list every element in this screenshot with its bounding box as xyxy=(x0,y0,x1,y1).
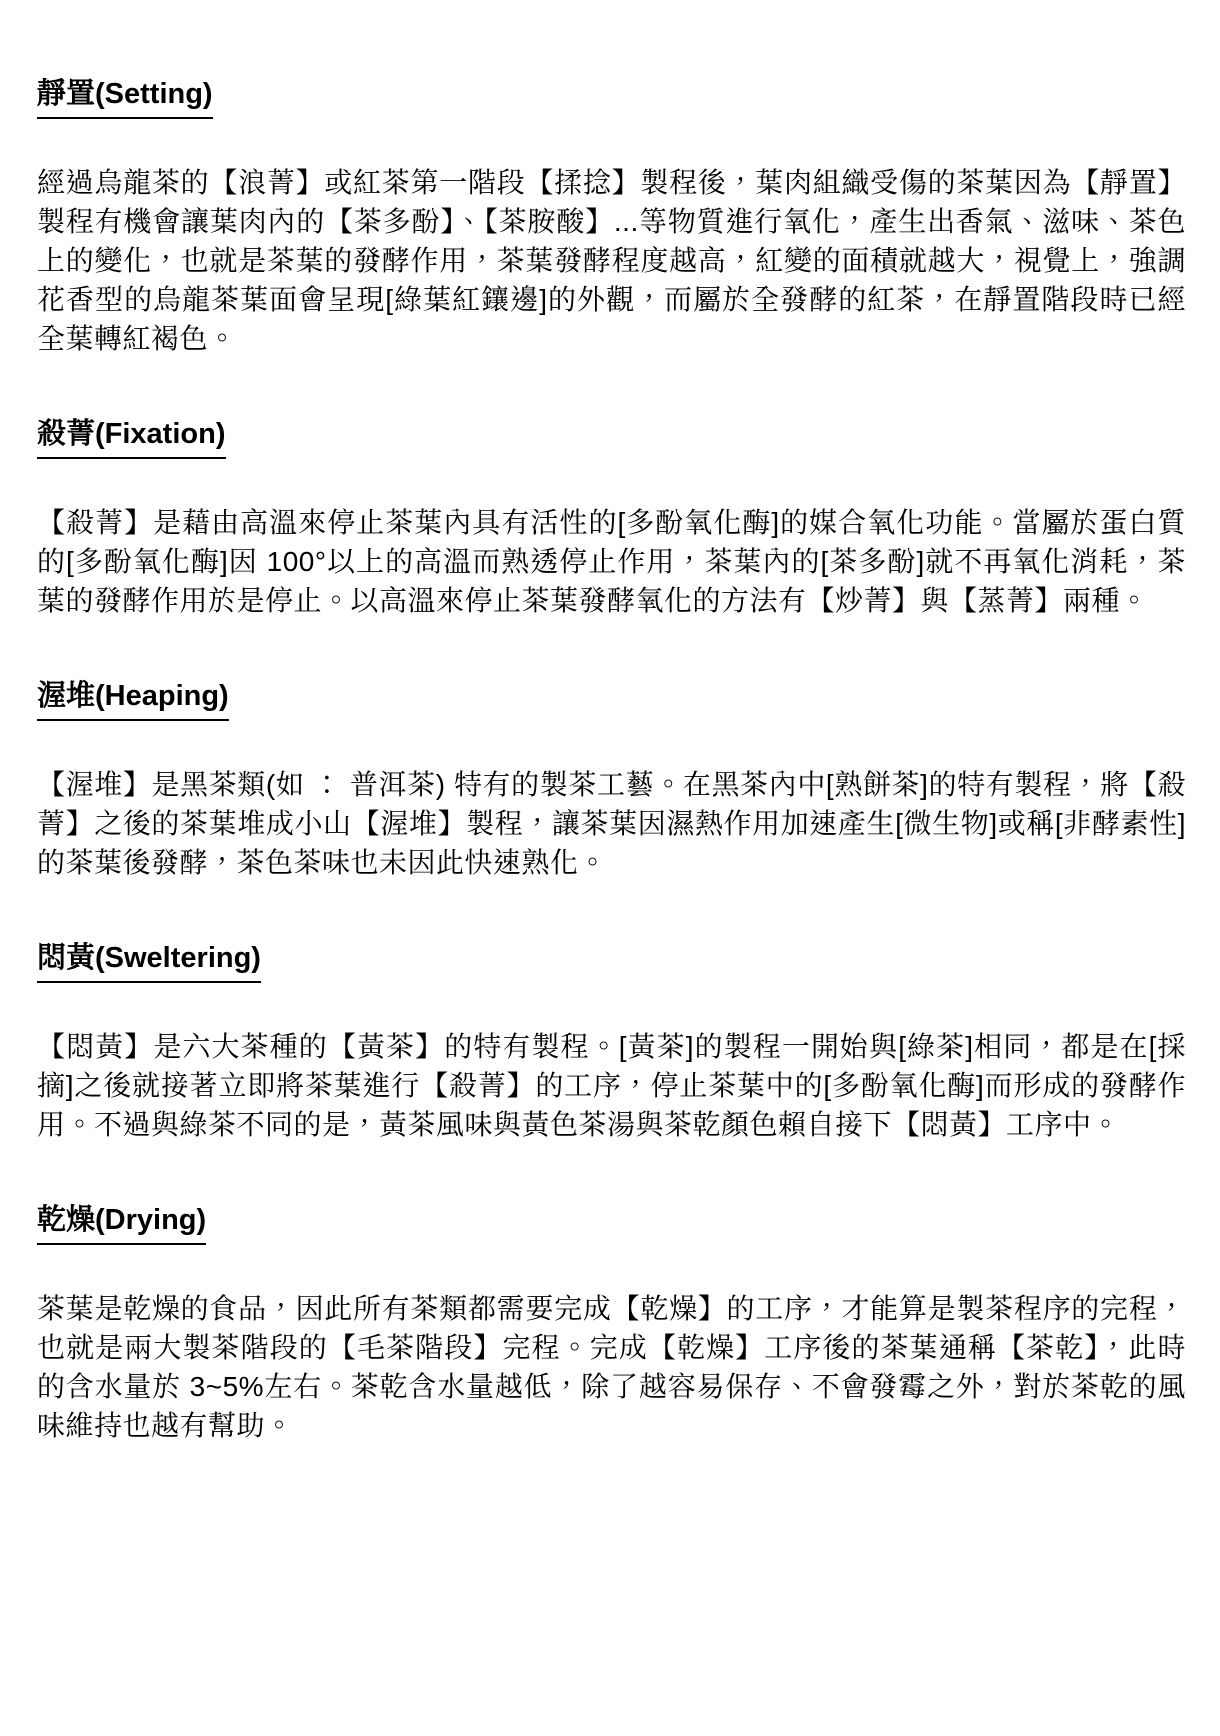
section-paragraph-fixation: 【殺菁】是藉由高溫來停止茶葉內具有活性的[多酚氧化酶]的媒合氧化功能。當屬於蛋白… xyxy=(37,503,1186,620)
section-heading-drying: 乾燥(Drying) xyxy=(37,1200,1186,1245)
section-paragraph-drying: 茶葉是乾燥的食品，因此所有茶類都需要完成【乾燥】的工序，才能算是製茶程序的完程，… xyxy=(37,1289,1186,1445)
section-heading-setting: 靜置(Setting) xyxy=(37,74,1186,119)
section-fixation: 殺菁(Fixation) 【殺菁】是藉由高溫來停止茶葉內具有活性的[多酚氧化酶]… xyxy=(37,414,1186,620)
heading-text: 乾燥(Drying) xyxy=(37,1200,206,1245)
document-page: 靜置(Setting) 經過烏龍茶的【浪菁】或紅茶第一階段【揉捻】製程後，葉肉組… xyxy=(0,0,1220,1736)
section-heading-sweltering: 悶黃(Sweltering) xyxy=(37,938,1186,983)
section-heaping: 渥堆(Heaping) 【渥堆】是黑茶類(如 ： 普洱茶) 特有的製茶工藝。在黑… xyxy=(37,676,1186,882)
section-paragraph-setting: 經過烏龍茶的【浪菁】或紅茶第一階段【揉捻】製程後，葉肉組織受傷的茶葉因為【靜置】… xyxy=(37,163,1186,358)
section-setting: 靜置(Setting) 經過烏龍茶的【浪菁】或紅茶第一階段【揉捻】製程後，葉肉組… xyxy=(37,74,1186,358)
heading-text: 悶黃(Sweltering) xyxy=(37,938,261,983)
section-paragraph-heaping: 【渥堆】是黑茶類(如 ： 普洱茶) 特有的製茶工藝。在黑茶內中[熟餅茶]的特有製… xyxy=(37,765,1186,882)
section-heading-fixation: 殺菁(Fixation) xyxy=(37,414,1186,459)
heading-text: 渥堆(Heaping) xyxy=(37,676,229,721)
heading-text: 靜置(Setting) xyxy=(37,74,213,119)
section-heading-heaping: 渥堆(Heaping) xyxy=(37,676,1186,721)
section-drying: 乾燥(Drying) 茶葉是乾燥的食品，因此所有茶類都需要完成【乾燥】的工序，才… xyxy=(37,1200,1186,1445)
section-paragraph-sweltering: 【悶黃】是六大茶種的【黃茶】的特有製程。[黃茶]的製程一開始與[綠茶]相同，都是… xyxy=(37,1027,1186,1144)
heading-text: 殺菁(Fixation) xyxy=(37,414,226,459)
section-sweltering: 悶黃(Sweltering) 【悶黃】是六大茶種的【黃茶】的特有製程。[黃茶]的… xyxy=(37,938,1186,1144)
